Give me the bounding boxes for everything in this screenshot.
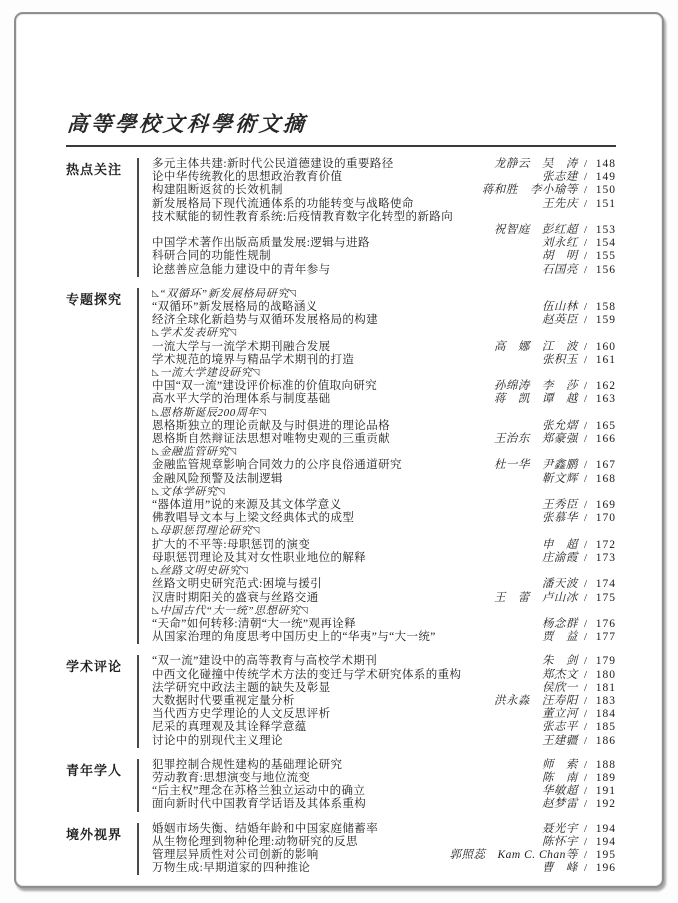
entry-title: 一流大学与一流学术期刊融合发展 <box>152 341 482 354</box>
entry-authors-page: 潘天波/174 <box>542 578 616 591</box>
entry-authors-page: 龙静云 吴 涛/148 <box>494 158 616 171</box>
toc-entry: 技术赋能的韧性教育系统:后疫情教育数字化转型的新路向 <box>152 211 616 224</box>
entry-authors: 洪永淼 汪寿阳 <box>494 695 578 708</box>
section-entry-list: ◺“双循环”新发展格局研究◹“双循环”新发展格局的战略涵义伍山林/158经济全球… <box>137 288 616 644</box>
section-entry-list: “双一流”建设中的高等教育与高校学术期刊朱 剑/179中西文化碰撞中传统学术方法… <box>137 655 616 747</box>
page-separator: / <box>584 836 587 849</box>
section-label: 热点关注 <box>66 158 130 277</box>
page-number: 195 <box>593 849 616 862</box>
page-separator: / <box>584 708 587 721</box>
entry-title: 学术规范的境界与精品学术期刊的打造 <box>152 354 530 367</box>
page-number: 163 <box>593 393 616 406</box>
entry-title: 金融风险预警及法制逻辑 <box>152 473 530 486</box>
toc-entry: 一流大学与一流学术期刊融合发展高 娜 江 波/160 <box>152 341 616 354</box>
entry-authors: 王秀臣 <box>542 499 578 512</box>
entry-authors-page: 华敏超/191 <box>542 785 616 798</box>
subsection-title: “双循环”新发展格局研究 <box>160 288 289 301</box>
entry-authors: 伍山林 <box>542 301 578 314</box>
subsection-title: 恩格斯诞辰200周年 <box>160 407 260 420</box>
entry-authors-page: 郭照蕊 Kam C. Chan等/195 <box>449 849 616 862</box>
entry-title: 新发展格局下现代流通体系的功能转变与战略使命 <box>152 198 530 211</box>
entry-authors-page: 侯欣一/181 <box>542 682 616 695</box>
toc-entry: 尼采的真理观及其诠释学意蕴张志平/185 <box>152 721 616 734</box>
toc-subsection-heading: ◺丝路文明史研究◹ <box>152 565 616 578</box>
toc-entry: 劳动教育:思想演变与地位流变陈 南/189 <box>152 772 616 785</box>
entry-title: 论慈善应急能力建设中的青年参与 <box>152 264 530 277</box>
entry-authors: 张积玉 <box>542 354 578 367</box>
subsection-left-triangle-icon: ◺ <box>152 366 160 379</box>
toc-section-4: 境外视界婚姻市场失衡、结婚年龄和中国家庭储蓄率聂光宇/194从生物伦理到物种伦理… <box>66 823 616 876</box>
entry-authors: 贾 益 <box>542 631 578 644</box>
page-separator: / <box>584 380 587 393</box>
page-separator: / <box>584 618 587 631</box>
entry-title: 构建阻断返贫的长效机制 <box>152 184 470 197</box>
page-number: 170 <box>593 512 616 525</box>
subsection-title: 一流大学建设研究 <box>160 367 253 380</box>
page-number: 186 <box>593 735 616 748</box>
subsection-left-triangle-icon: ◺ <box>152 604 160 617</box>
toc-subsection-heading: ◺学术发表研究◹ <box>152 327 616 340</box>
subsection-title: 中国古代“大一统”思想研究 <box>160 605 301 618</box>
entry-title: “天命”如何转移:清朝“大一统”观再诠释 <box>152 618 530 631</box>
toc-entry: 法学研究中政法主题的缺失及彰显侯欣一/181 <box>152 682 616 695</box>
section-entry-list: 婚姻市场失衡、结婚年龄和中国家庭储蓄率聂光宇/194从生物伦理到物种伦理:动物研… <box>137 823 616 876</box>
entry-title: 金融监管规章影响合同效力的公序良俗通道研究 <box>152 459 482 472</box>
page-separator: / <box>584 420 587 433</box>
page-separator: / <box>584 198 587 211</box>
entry-title: 论中华传统教化的思想政治教育价值 <box>152 171 530 184</box>
subsection-title: 丝路文明史研究 <box>160 565 241 578</box>
page-number: 196 <box>593 862 616 875</box>
page-separator: / <box>584 759 587 772</box>
page-number: 191 <box>593 785 616 798</box>
entry-authors: 郭照蕊 Kam C. Chan等 <box>449 849 577 862</box>
page-number: 179 <box>593 655 616 668</box>
toc-section-0: 热点关注多元主体共建:新时代公民道德建设的重要路径龙静云 吴 涛/148论中华传… <box>66 158 616 277</box>
section-label: 青年学人 <box>66 759 130 812</box>
page-number: 156 <box>593 264 616 277</box>
page-separator: / <box>584 682 587 695</box>
page-number: 185 <box>593 721 616 734</box>
toc-entry: “双循环”新发展格局的战略涵义伍山林/158 <box>152 301 616 314</box>
toc-entry: 母职惩罚理论及其对女性职业地位的解释庄渝霞/173 <box>152 552 616 565</box>
page-number: 172 <box>593 539 616 552</box>
entry-title: 高水平大学的治理体系与制度基础 <box>152 393 482 406</box>
entry-authors-page: 申 超/172 <box>542 539 616 552</box>
page-separator: / <box>584 250 587 263</box>
toc-section-2: 学术评论“双一流”建设中的高等教育与高校学术期刊朱 剑/179中西文化碰撞中传统… <box>66 655 616 747</box>
entry-authors: 潘天波 <box>542 578 578 591</box>
entry-title: 恩格斯独立的理论贡献及与时俱进的理论品格 <box>152 420 530 433</box>
page-separator: / <box>584 798 587 811</box>
entry-title: 尼采的真理观及其诠释学意蕴 <box>152 721 530 734</box>
entry-title: 扩大的不平等:母职惩罚的演变 <box>152 539 530 552</box>
entry-authors: 侯欣一 <box>542 682 578 695</box>
page-separator: / <box>584 785 587 798</box>
entry-authors-page: 杨念群/176 <box>542 618 616 631</box>
entry-authors-page: 杜一华 尹鑫鹏/167 <box>494 459 616 472</box>
entry-authors: 祝智庭 彭红超 <box>494 224 578 237</box>
entry-title: 法学研究中政法主题的缺失及彰显 <box>152 682 530 695</box>
page-number: 149 <box>593 171 616 184</box>
entry-title: 佛教唱导文本与上梁文经典体式的成型 <box>152 512 530 525</box>
entry-authors: 王治东 郑豪强 <box>494 433 578 446</box>
page-content: 高等學校文科學術文摘 热点关注多元主体共建:新时代公民道德建设的重要路径龙静云 … <box>66 108 616 875</box>
entry-authors: 郑杰文 <box>542 669 578 682</box>
journal-toc-page: 高等學校文科學術文摘 热点关注多元主体共建:新时代公民道德建设的重要路径龙静云 … <box>14 12 664 888</box>
entry-title: 母职惩罚理论及其对女性职业地位的解释 <box>152 552 530 565</box>
toc-sections: 热点关注多元主体共建:新时代公民道德建设的重要路径龙静云 吴 涛/148论中华传… <box>66 158 616 875</box>
page-separator: / <box>584 301 587 314</box>
entry-authors: 董立河 <box>542 708 578 721</box>
page-separator: / <box>584 631 587 644</box>
subsection-left-triangle-icon: ◺ <box>152 406 160 419</box>
entry-title: 中国“双一流”建设评价标准的价值取向研究 <box>152 380 482 393</box>
entry-authors-page: 石国亮/156 <box>542 264 616 277</box>
section-label: 境外视界 <box>66 823 130 876</box>
page-separator: / <box>584 862 587 875</box>
subsection-right-triangle-icon: ◹ <box>252 524 260 537</box>
entry-authors-page: 张志平/185 <box>542 721 616 734</box>
section-entry-list: 犯罪控制合规性建构的基础理论研究师 索/188劳动教育:思想演变与地位流变陈 南… <box>137 759 616 812</box>
entry-authors: 杜一华 尹鑫鹏 <box>494 459 578 472</box>
page-separator: / <box>584 512 587 525</box>
entry-authors-page: 赵英臣/159 <box>542 314 616 327</box>
page-number: 192 <box>593 798 616 811</box>
toc-entry: “天命”如何转移:清朝“大一统”观再诠释杨念群/176 <box>152 618 616 631</box>
entry-authors: 朱 剑 <box>542 655 578 668</box>
page-number: 165 <box>593 420 616 433</box>
page-number: 180 <box>593 669 616 682</box>
toc-entry: 多元主体共建:新时代公民道德建设的重要路径龙静云 吴 涛/148 <box>152 158 616 171</box>
page-number: 159 <box>593 314 616 327</box>
toc-entry: 面向新时代中国教育学话语及其体系重构赵梦雷/192 <box>152 798 616 811</box>
page-separator: / <box>584 341 587 354</box>
toc-entry: 金融监管规章影响合同效力的公序良俗通道研究杜一华 尹鑫鹏/167 <box>152 459 616 472</box>
page-separator: / <box>584 224 587 237</box>
page-separator: / <box>584 655 587 668</box>
page-separator: / <box>584 184 587 197</box>
toc-subsection-heading: ◺一流大学建设研究◹ <box>152 367 616 380</box>
page-separator: / <box>584 158 587 171</box>
entry-authors: 赵梦雷 <box>542 798 578 811</box>
subsection-right-triangle-icon: ◹ <box>218 485 226 498</box>
toc-entry: 从国家治理的角度思考中国历史上的“华夷”与“大一统”贾 益/177 <box>152 631 616 644</box>
page-number: 155 <box>593 250 616 263</box>
toc-entry: 论慈善应急能力建设中的青年参与石国亮/156 <box>152 264 616 277</box>
page-number: 176 <box>593 618 616 631</box>
entry-authors: 庄渝霞 <box>542 552 578 565</box>
entry-authors-page: 蒋 凯 谭 越/163 <box>494 393 616 406</box>
entry-title: 从国家治理的角度思考中国历史上的“华夷”与“大一统” <box>152 631 530 644</box>
entry-authors-page: 伍山林/158 <box>542 301 616 314</box>
toc-entry: 万物生成:早期道家的四种推论曹 峰/196 <box>152 862 616 875</box>
page-separator: / <box>584 171 587 184</box>
entry-authors: 杨念群 <box>542 618 578 631</box>
toc-entry: 从生物伦理到物种伦理:动物研究的反思陈怀宇/194 <box>152 836 616 849</box>
page-separator: / <box>584 539 587 552</box>
toc-entry: 管理层异质性对公司创新的影响郭照蕊 Kam C. Chan等/195 <box>152 849 616 862</box>
entry-title: 中西文化碰撞中传统学术方法的变迁与学术研究体系的重构 <box>152 669 530 682</box>
toc-subsection-heading: ◺恩格斯诞辰200周年◹ <box>152 407 616 420</box>
entry-authors-page: 朱 剑/179 <box>542 655 616 668</box>
entry-title: 经济全球化新趋势与双循环发展格局的构建 <box>152 314 530 327</box>
entry-authors-page: 赵梦雷/192 <box>542 798 616 811</box>
page-number: 167 <box>593 459 616 472</box>
entry-authors-page: 刘永红/154 <box>542 237 616 250</box>
subsection-right-triangle-icon: ◹ <box>301 604 309 617</box>
entry-authors: 陈怀宇 <box>542 836 578 849</box>
entry-title: “双一流”建设中的高等教育与高校学术期刊 <box>152 655 530 668</box>
entry-authors: 聂光宇 <box>542 823 578 836</box>
subsection-left-triangle-icon: ◺ <box>152 524 160 537</box>
entry-title: 管理层异质性对公司创新的影响 <box>152 849 437 862</box>
toc-entry: “器体道用”说的来源及其文体学意义王秀臣/169 <box>152 499 616 512</box>
page-number: 174 <box>593 578 616 591</box>
toc-subsection-heading: ◺“双循环”新发展格局研究◹ <box>152 288 616 301</box>
toc-entry: 当代西方史学理论的人文反思评析董立河/184 <box>152 708 616 721</box>
entry-title: 中国学术著作出版高质量发展:逻辑与进路 <box>152 237 530 250</box>
entry-authors: 华敏超 <box>542 785 578 798</box>
subsection-left-triangle-icon: ◺ <box>152 287 160 300</box>
entry-authors-page: 洪永淼 汪寿阳/183 <box>494 695 616 708</box>
subsection-left-triangle-icon: ◺ <box>152 326 160 339</box>
page-number: 166 <box>593 433 616 446</box>
entry-authors-page: 张积玉/161 <box>542 354 616 367</box>
page-separator: / <box>584 772 587 785</box>
entry-authors-page: 王秀臣/169 <box>542 499 616 512</box>
entry-authors-page: 祝智庭 彭红超/153 <box>494 224 616 237</box>
toc-entry: 学术规范的境界与精品学术期刊的打造张积玉/161 <box>152 354 616 367</box>
toc-subsection-heading: ◺文体学研究◹ <box>152 486 616 499</box>
entry-title: 犯罪控制合规性建构的基础理论研究 <box>152 759 530 772</box>
entry-title: 万物生成:早期道家的四种推论 <box>152 862 530 875</box>
toc-entry: “双一流”建设中的高等教育与高校学术期刊朱 剑/179 <box>152 655 616 668</box>
page-number: 181 <box>593 682 616 695</box>
entry-authors: 王建疆 <box>542 735 578 748</box>
toc-entry: 中国学术著作出版高质量发展:逻辑与进路刘永红/154 <box>152 237 616 250</box>
toc-subsection-heading: ◺金融监管研究◹ <box>152 446 616 459</box>
toc-entry: 大数据时代要重视定量分析洪永淼 汪寿阳/183 <box>152 695 616 708</box>
page-separator: / <box>584 735 587 748</box>
toc-entry: 婚姻市场失衡、结婚年龄和中国家庭储蓄率聂光宇/194 <box>152 823 616 836</box>
page-separator: / <box>584 473 587 486</box>
page-number: 153 <box>593 224 616 237</box>
toc-entry: 恩格斯自然辩证法思想对唯物史观的三重贡献王治东 郑豪强/166 <box>152 433 616 446</box>
entry-authors: 龙静云 吴 涛 <box>494 158 578 171</box>
page-separator: / <box>584 849 587 862</box>
entry-authors-page: 曹 峰/196 <box>542 862 616 875</box>
entry-authors: 赵英臣 <box>542 314 578 327</box>
subsection-right-triangle-icon: ◹ <box>229 445 237 458</box>
page-separator: / <box>584 552 587 565</box>
page-separator: / <box>584 823 587 836</box>
toc-entry: 高水平大学的治理体系与制度基础蒋 凯 谭 越/163 <box>152 393 616 406</box>
page-number: 189 <box>593 772 616 785</box>
entry-authors: 石国亮 <box>542 264 578 277</box>
entry-authors-page: 王 蕾 卢山冰/175 <box>494 592 616 605</box>
page-separator: / <box>584 237 587 250</box>
entry-title: 劳动教育:思想演变与地位流变 <box>152 772 530 785</box>
page-separator: / <box>584 354 587 367</box>
entry-authors-page: 陈怀宇/194 <box>542 836 616 849</box>
entry-authors: 蒋 凯 谭 越 <box>494 393 578 406</box>
page-number: 168 <box>593 473 616 486</box>
entry-title: 当代西方史学理论的人文反思评析 <box>152 708 530 721</box>
entry-authors-page: 聂光宇/194 <box>542 823 616 836</box>
entry-authors-page: 靳文辉/168 <box>542 473 616 486</box>
toc-entry: 构建阻断返贫的长效机制蒋和胜 李小瑜等/150 <box>152 184 616 197</box>
entry-authors-page: 孙绵涛 李 莎/162 <box>494 380 616 393</box>
page-number: 162 <box>593 380 616 393</box>
toc-entry-author-line: 祝智庭 彭红超/153 <box>152 224 616 237</box>
toc-subsection-heading: ◺中国古代“大一统”思想研究◹ <box>152 605 616 618</box>
subsection-right-triangle-icon: ◹ <box>252 366 260 379</box>
toc-entry: 新发展格局下现代流通体系的功能转变与战略使命王先庆/151 <box>152 198 616 211</box>
page-number: 160 <box>593 341 616 354</box>
toc-entry: 犯罪控制合规性建构的基础理论研究师 索/188 <box>152 759 616 772</box>
masthead-divider-rule <box>66 145 616 147</box>
section-label: 学术评论 <box>66 655 130 747</box>
entry-authors: 张允熠 <box>542 420 578 433</box>
subsection-left-triangle-icon: ◺ <box>152 445 160 458</box>
entry-title: 多元主体共建:新时代公民道德建设的重要路径 <box>152 158 482 171</box>
page-number: 175 <box>593 592 616 605</box>
subsection-right-triangle-icon: ◹ <box>241 564 249 577</box>
journal-masthead-title: 高等學校文科學術文摘 <box>66 108 618 138</box>
entry-authors: 胡 明 <box>542 250 578 263</box>
entry-authors: 张慕华 <box>542 512 578 525</box>
page-number: 158 <box>593 301 616 314</box>
page-number: 161 <box>593 354 616 367</box>
toc-section-3: 青年学人犯罪控制合规性建构的基础理论研究师 索/188劳动教育:思想演变与地位流… <box>66 759 616 812</box>
page-number: 188 <box>593 759 616 772</box>
toc-entry: 论中华传统教化的思想政治教育价值张志建/149 <box>152 171 616 184</box>
subsection-title: 母职惩罚理论研究 <box>160 525 253 538</box>
entry-authors-page: 师 索/188 <box>542 759 616 772</box>
entry-authors: 王 蕾 卢山冰 <box>494 592 578 605</box>
entry-authors: 张志建 <box>542 171 578 184</box>
entry-title: 丝路文明史研究范式:困境与援引 <box>152 578 530 591</box>
subsection-title: 学术发表研究 <box>160 327 230 340</box>
entry-authors-page: 王治东 郑豪强/166 <box>494 433 616 446</box>
section-label: 专题探究 <box>66 288 130 644</box>
entry-title: 技术赋能的韧性教育系统:后疫情教育数字化转型的新路向 <box>152 211 616 224</box>
section-entry-list: 多元主体共建:新时代公民道德建设的重要路径龙静云 吴 涛/148论中华传统教化的… <box>137 158 616 277</box>
page-number: 154 <box>593 237 616 250</box>
toc-section-1: 专题探究◺“双循环”新发展格局研究◹“双循环”新发展格局的战略涵义伍山林/158… <box>66 288 616 644</box>
page-number: 184 <box>593 708 616 721</box>
page-number: 194 <box>593 823 616 836</box>
entry-authors: 靳文辉 <box>542 473 578 486</box>
toc-entry: 汉唐时期阳关的盛衰与丝路交通王 蕾 卢山冰/175 <box>152 592 616 605</box>
entry-title: 面向新时代中国教育学话语及其体系重构 <box>152 798 530 811</box>
toc-entry: 中国“双一流”建设评价标准的价值取向研究孙绵涛 李 莎/162 <box>152 380 616 393</box>
page-number: 177 <box>593 631 616 644</box>
entry-authors: 师 索 <box>542 759 578 772</box>
entry-title: “后主权”理念在苏格兰独立运动中的确立 <box>152 785 530 798</box>
entry-title: “器体道用”说的来源及其文体学意义 <box>152 499 530 512</box>
entry-title: 汉唐时期阳关的盛衰与丝路交通 <box>152 592 482 605</box>
entry-title: 婚姻市场失衡、结婚年龄和中国家庭储蓄率 <box>152 823 530 836</box>
subsection-title: 文体学研究 <box>160 486 218 499</box>
subsection-left-triangle-icon: ◺ <box>152 564 160 577</box>
toc-entry: 恩格斯独立的理论贡献及与时俱进的理论品格张允熠/165 <box>152 420 616 433</box>
entry-authors-page: 庄渝霞/173 <box>542 552 616 565</box>
toc-entry: 佛教唱导文本与上梁文经典体式的成型张慕华/170 <box>152 512 616 525</box>
page-separator: / <box>584 264 587 277</box>
entry-authors-page: 陈 南/189 <box>542 772 616 785</box>
page-number: 183 <box>593 695 616 708</box>
toc-entry: 扩大的不平等:母职惩罚的演变申 超/172 <box>152 539 616 552</box>
toc-entry: 讨论中的别现代主义理论王建疆/186 <box>152 735 616 748</box>
entry-authors-page: 张志建/149 <box>542 171 616 184</box>
toc-entry: 丝路文明史研究范式:困境与援引潘天波/174 <box>152 578 616 591</box>
entry-authors-page: 张慕华/170 <box>542 512 616 525</box>
page-separator: / <box>584 721 587 734</box>
subsection-right-triangle-icon: ◹ <box>259 406 267 419</box>
page-number: 194 <box>593 836 616 849</box>
entry-title: “双循环”新发展格局的战略涵义 <box>152 301 530 314</box>
subsection-left-triangle-icon: ◺ <box>152 485 160 498</box>
entry-authors-page: 王先庆/151 <box>542 198 616 211</box>
entry-authors: 高 娜 江 波 <box>494 341 578 354</box>
entry-title: 大数据时代要重视定量分析 <box>152 695 482 708</box>
page-separator: / <box>584 393 587 406</box>
toc-entry: 科研合同的功能性规制胡 明/155 <box>152 250 616 263</box>
subsection-title: 金融监管研究 <box>160 446 230 459</box>
entry-authors: 刘永红 <box>542 237 578 250</box>
entry-authors: 张志平 <box>542 721 578 734</box>
page-number: 169 <box>593 499 616 512</box>
toc-subsection-heading: ◺母职惩罚理论研究◹ <box>152 525 616 538</box>
entry-authors-page: 郑杰文/180 <box>542 669 616 682</box>
entry-authors-page: 蒋和胜 李小瑜等/150 <box>482 184 616 197</box>
entry-title: 从生物伦理到物种伦理:动物研究的反思 <box>152 836 530 849</box>
subsection-right-triangle-icon: ◹ <box>229 326 237 339</box>
page-separator: / <box>584 433 587 446</box>
entry-authors-page: 王建疆/186 <box>542 735 616 748</box>
page-separator: / <box>584 578 587 591</box>
page-separator: / <box>584 669 587 682</box>
toc-entry: “后主权”理念在苏格兰独立运动中的确立华敏超/191 <box>152 785 616 798</box>
entry-authors: 申 超 <box>542 539 578 552</box>
entry-title: 恩格斯自然辩证法思想对唯物史观的三重贡献 <box>152 433 482 446</box>
entry-authors-page: 张允熠/165 <box>542 420 616 433</box>
entry-title: 讨论中的别现代主义理论 <box>152 735 530 748</box>
subsection-right-triangle-icon: ◹ <box>289 287 297 300</box>
entry-authors: 蒋和胜 李小瑜等 <box>482 184 578 197</box>
entry-authors: 王先庆 <box>542 198 578 211</box>
page-separator: / <box>584 499 587 512</box>
toc-entry: 经济全球化新趋势与双循环发展格局的构建赵英臣/159 <box>152 314 616 327</box>
page-number: 151 <box>593 198 616 211</box>
page-number: 148 <box>593 158 616 171</box>
page-separator: / <box>584 459 587 472</box>
entry-authors: 陈 南 <box>542 772 578 785</box>
page-number: 173 <box>593 552 616 565</box>
page-separator: / <box>584 314 587 327</box>
page-separator: / <box>584 695 587 708</box>
page-separator: / <box>584 592 587 605</box>
entry-authors-page: 高 娜 江 波/160 <box>494 341 616 354</box>
entry-authors-page: 贾 益/177 <box>542 631 616 644</box>
page-number: 150 <box>593 184 616 197</box>
entry-title: 科研合同的功能性规制 <box>152 250 530 263</box>
entry-authors: 曹 峰 <box>542 862 578 875</box>
entry-authors-page: 董立河/184 <box>542 708 616 721</box>
entry-authors: 孙绵涛 李 莎 <box>494 380 578 393</box>
